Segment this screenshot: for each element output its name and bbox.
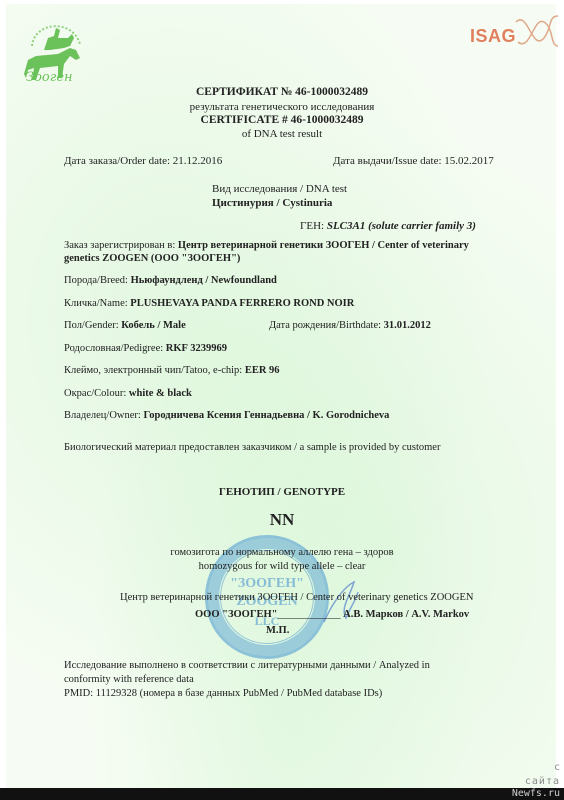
name-label: Кличка/Name: [64, 298, 128, 309]
chip: Клеймо, электронный чип/Tatoo, e-chip: E… [64, 365, 280, 376]
seal-mark: М.П. [266, 625, 289, 636]
owner-label: Владелец/Owner: [64, 410, 141, 421]
certificate-title-ru: СЕРТИФИКАТ № 46-1000032489 [0, 86, 564, 98]
pmid: PMID: 11129328 (номера в базе данных Pub… [64, 688, 382, 699]
gene-value: SLC3A1 (solute carrier family 3) [327, 220, 476, 232]
watermark-line2: сайта [525, 776, 560, 787]
signature-scribble-icon [320, 578, 360, 628]
stamp-line1: "ЗООГЕН" [208, 576, 326, 592]
issue-date-label: Дата выдачи/Issue date: [333, 155, 442, 167]
conformity-line2: conformity with reference data [64, 674, 194, 685]
genotype-heading: ГЕНОТИП / GENOTYPE [0, 486, 564, 498]
dog-name: Кличка/Name: PLUSHEVAYA PANDA FERRERO RO… [64, 298, 354, 309]
issue-date-value: 15.02.2017 [444, 155, 494, 167]
gene-label: ГЕН: [300, 220, 324, 232]
signature-blank: ____________ [278, 609, 341, 620]
watermark-line1: с [554, 762, 560, 773]
dna-test-label: Вид исследования / DNA test [212, 183, 347, 195]
conformity-line1: Исследование выполнено в соответствии с … [64, 660, 430, 671]
dna-helix-icon [514, 12, 560, 52]
order-date-label: Дата заказа/Order date: [64, 155, 170, 167]
isag-logo-text: ISAG [470, 26, 516, 47]
gene: ГЕН: SLC3A1 (solute carrier family 3) [300, 220, 476, 232]
pedigree-label: Родословная/Pedigree: [64, 343, 163, 354]
gender-label: Пол/Gender: [64, 320, 119, 331]
registered-label: Заказ зарегистрирован в: [64, 240, 175, 251]
pedigree: Родословная/Pedigree: RKF 3239969 [64, 343, 227, 354]
watermark-site: Newfs.ru [512, 788, 560, 800]
owner: Владелец/Owner: Городничева Ксения Генна… [64, 410, 389, 421]
order-date: Дата заказа/Order date: 21.12.2016 [64, 155, 222, 167]
center-line: Центр ветеринарной генетики ЗООГЕН / Cen… [120, 592, 473, 603]
chip-label: Клеймо, электронный чип/Tatoo, e-chip: [64, 365, 242, 376]
order-date-value: 21.12.2016 [173, 155, 223, 167]
breed-value: Ньюфаундленд / Newfoundland [131, 275, 277, 286]
zoogen-logo-text: Зооген [26, 70, 73, 85]
breed: Порода/Breed: Ньюфаундленд / Newfoundlan… [64, 275, 277, 286]
certificate-subtitle-en: of DNA test result [0, 128, 564, 140]
registered-at-line2: genetics ZOOGEN (ООО "ЗООГЕН") [64, 253, 240, 264]
genotype-desc-ru: гомозигота по нормальному аллелю гена – … [0, 547, 564, 558]
gender: Пол/Gender: Кобель / Male [64, 320, 186, 331]
birthdate-label: Дата рождения/Birthdate: [269, 320, 381, 331]
registered-at: Заказ зарегистрирован в: Центр ветеринар… [64, 240, 469, 251]
org-name: ООО "ЗООГЕН" [195, 609, 278, 620]
birthdate-value: 31.01.2012 [384, 320, 431, 331]
dna-test-name: Цистинурия / Cystinuria [212, 197, 332, 209]
signer-name: А.В. Марков / A.V. Markov [343, 609, 469, 620]
chip-value: EER 96 [245, 365, 280, 376]
name-value: PLUSHEVAYA PANDA FERRERO ROND NOIR [130, 298, 354, 309]
footer-bar [0, 788, 564, 800]
birthdate: Дата рождения/Birthdate: 31.01.2012 [269, 320, 431, 331]
colour-label: Окрас/Colour: [64, 388, 126, 399]
genotype-value: NN [0, 510, 564, 530]
registered-value: Центр ветеринарной генетики ЗООГЕН / Cen… [178, 240, 469, 251]
colour-value: white & black [129, 388, 192, 399]
breed-label: Порода/Breed: [64, 275, 128, 286]
issue-date: Дата выдачи/Issue date: 15.02.2017 [333, 155, 494, 167]
pedigree-value: RKF 3239969 [166, 343, 227, 354]
colour: Окрас/Colour: white & black [64, 388, 192, 399]
signature-line: ООО "ЗООГЕН"____________ А.В. Марков / A… [195, 609, 469, 620]
zoogen-logo: Зооген [14, 8, 94, 90]
sample-note: Биологический материал предоставлен зака… [64, 442, 440, 453]
genotype-desc-en: homozygous for wild type allele – clear [0, 561, 564, 572]
certificate-title-en: CERTIFICATE # 46-1000032489 [0, 114, 564, 126]
certificate-subtitle-ru: результата генетического исследования [0, 101, 564, 113]
gender-value: Кобель / Male [121, 320, 185, 331]
owner-value: Городничева Ксения Геннадьевна / K. Goro… [143, 410, 389, 421]
